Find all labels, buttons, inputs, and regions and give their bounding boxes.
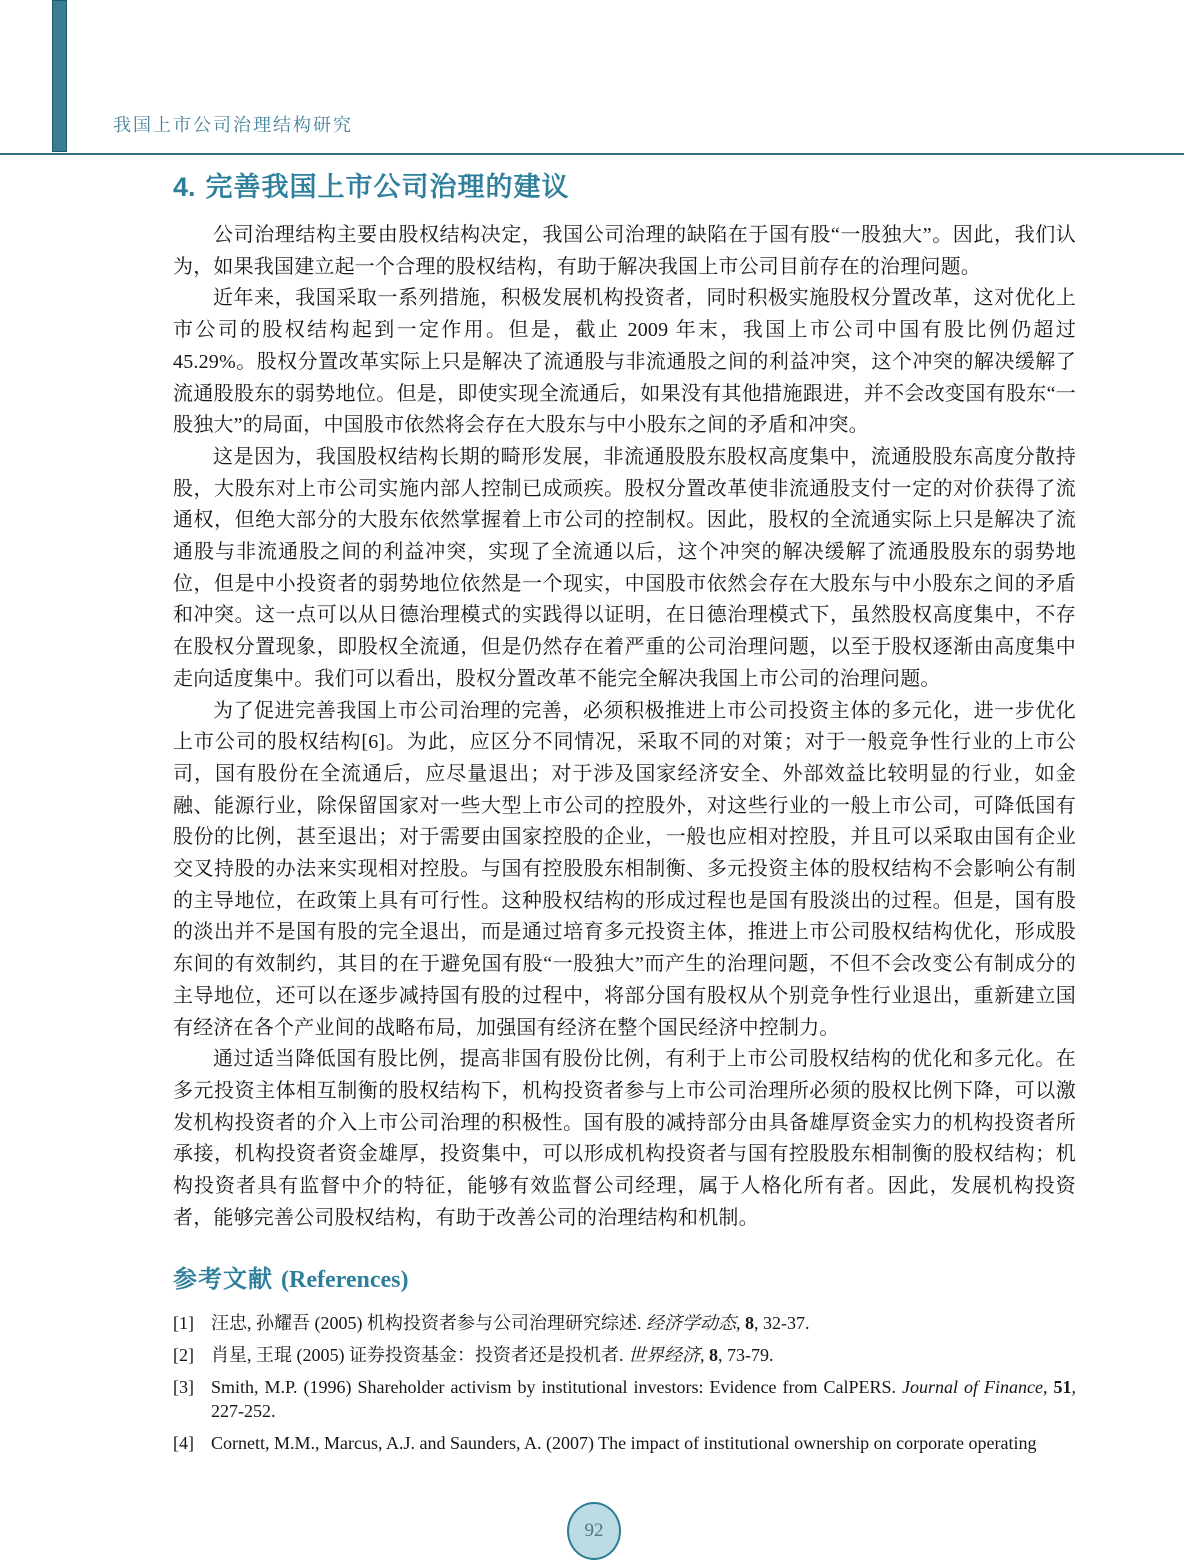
reference-label: [1]	[173, 1311, 194, 1335]
references-list: [1]汪忠, 孙耀吾 (2005) 机构投资者参与公司治理研究综述. 经济学动态…	[173, 1311, 1076, 1455]
reference-text: Cornett, M.M., Marcus, A.J. and Saunders…	[211, 1433, 1037, 1453]
paragraph: 公司治理结构主要由股权结构决定，我国公司治理的缺陷在于国有股“一股独大”。因此，…	[173, 220, 1076, 283]
reference-item: [1]汪忠, 孙耀吾 (2005) 机构投资者参与公司治理研究综述. 经济学动态…	[173, 1311, 1076, 1335]
reference-volume: 8	[709, 1345, 718, 1365]
running-head: 我国上市公司治理结构研究	[113, 111, 353, 137]
paragraph: 这是因为，我国股权结构长期的畸形发展，非流通股股东股权高度集中，流通股股东高度分…	[173, 442, 1076, 696]
reference-pages: , 73-79.	[718, 1345, 774, 1365]
page-number-badge: 92	[567, 1502, 621, 1560]
reference-label: [2]	[173, 1343, 194, 1367]
reference-separator: ,	[700, 1345, 709, 1365]
reference-pages: , 32-37.	[754, 1313, 810, 1333]
section-title: 完善我国上市公司治理的建议	[206, 172, 570, 202]
references-heading-zh: 参考文献	[173, 1266, 273, 1293]
references-heading-en: (References)	[281, 1267, 408, 1293]
document-page: 我国上市公司治理结构研究 4.完善我国上市公司治理的建议 公司治理结构主要由股权…	[0, 0, 1184, 1564]
page-content: 4.完善我国上市公司治理的建议 公司治理结构主要由股权结构决定，我国公司治理的缺…	[173, 170, 1076, 1455]
reference-item: [3]Smith, M.P. (1996) Shareholder activi…	[173, 1375, 1076, 1423]
reference-separator: ,	[736, 1313, 745, 1333]
reference-label: [4]	[173, 1431, 194, 1455]
section-heading: 4.完善我国上市公司治理的建议	[173, 170, 1076, 204]
reference-separator: ,	[1043, 1377, 1054, 1397]
header-rule	[0, 153, 1184, 155]
page-number: 92	[585, 1520, 604, 1542]
reference-item: [2]肖星, 王琨 (2005) 证券投资基金：投资者还是投机者. 世界经济, …	[173, 1343, 1076, 1367]
reference-volume: 8	[745, 1313, 754, 1333]
header-accent-bar	[52, 0, 67, 152]
paragraph: 为了促进完善我国上市公司治理的完善，必须积极推进上市公司投资主体的多元化，进一步…	[173, 696, 1076, 1045]
paragraph: 通过适当降低国有股比例，提高非国有股份比例，有利于上市公司股权结构的优化和多元化…	[173, 1044, 1076, 1234]
references-heading: 参考文献(References)	[173, 1265, 1076, 1295]
reference-journal: 世界经济	[628, 1345, 700, 1365]
reference-item: [4]Cornett, M.M., Marcus, A.J. and Saund…	[173, 1431, 1076, 1455]
reference-text: 肖星, 王琨 (2005) 证券投资基金：投资者还是投机者.	[211, 1345, 628, 1365]
reference-label: [3]	[173, 1375, 194, 1399]
reference-text: 汪忠, 孙耀吾 (2005) 机构投资者参与公司治理研究综述.	[211, 1313, 646, 1333]
paragraph: 近年来，我国采取一系列措施，积极发展机构投资者，同时积极实施股权分置改革，这对优…	[173, 283, 1076, 442]
reference-text: Smith, M.P. (1996) Shareholder activism …	[211, 1377, 902, 1397]
reference-journal: 经济学动态	[646, 1313, 736, 1333]
reference-volume: 51	[1054, 1377, 1072, 1397]
section-number: 4.	[173, 172, 196, 202]
reference-journal: Journal of Finance	[902, 1377, 1043, 1397]
